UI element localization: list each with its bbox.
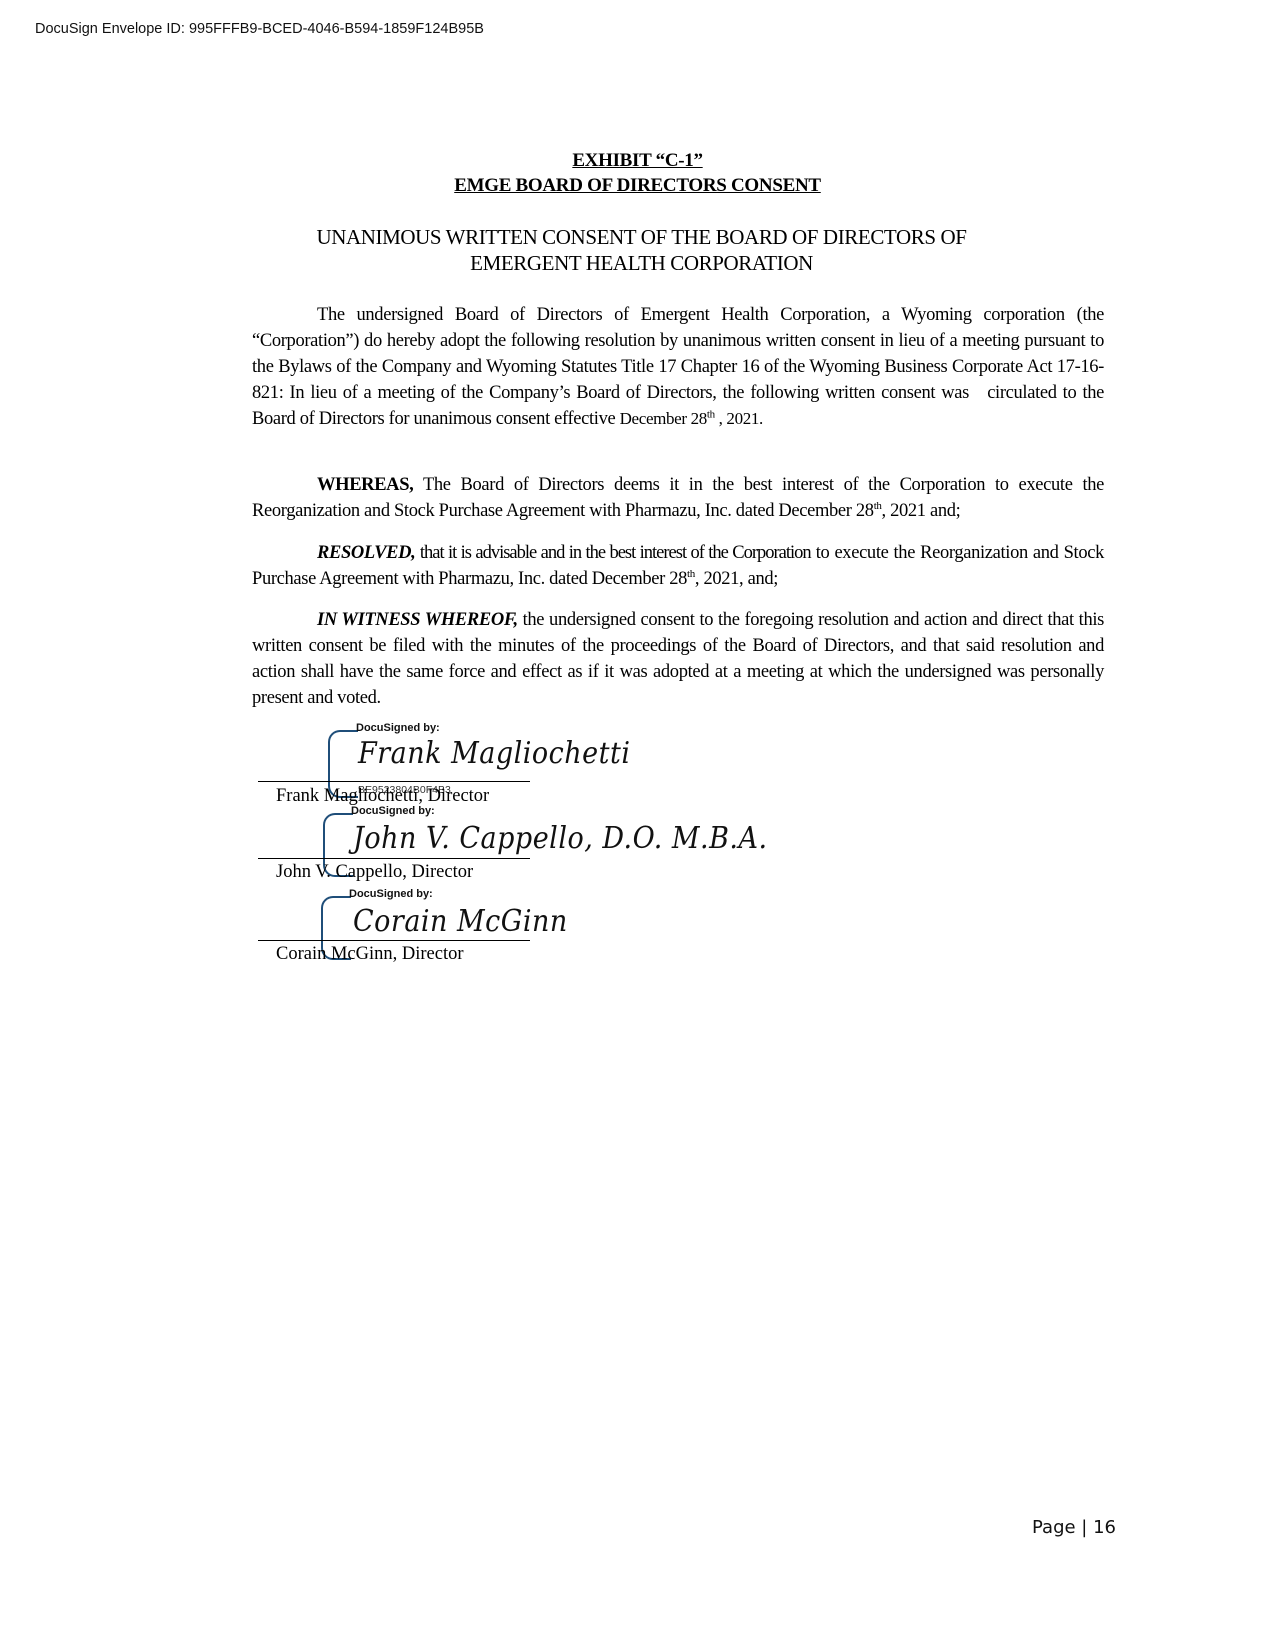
docusign-bracket-tick <box>341 813 349 815</box>
resolved-text-condensed: that it is advisable and in the best int… <box>415 543 810 563</box>
resolved-tail: , 2021, and; <box>695 569 778 589</box>
signature-line <box>258 858 530 859</box>
document-subtitle-line1: UNANIMOUS WRITTEN CONSENT OF THE BOARD O… <box>0 225 1275 250</box>
whereas-tail: , 2021 and; <box>882 501 961 521</box>
witness-lead: IN WITNESS WHEREOF, <box>317 610 518 630</box>
whereas-lead: WHEREAS, <box>317 475 413 495</box>
resolved-paragraph: RESOLVED, that it is advisable and in th… <box>252 540 1104 592</box>
docusigned-by-label: DocuSigned by: <box>349 888 433 900</box>
signature-block-2: DocuSigned by: John V. Cappello, D.O. M.… <box>258 805 538 895</box>
handwritten-signature: John V. Cappello, D.O. M.B.A. <box>353 821 768 855</box>
document-subtitle-line2: EMERGENT HEALTH CORPORATION <box>0 251 1275 276</box>
handwritten-signature: Frank Magliochetti <box>358 736 630 770</box>
signature-line <box>258 781 530 782</box>
intro-paragraph: The undersigned Board of Directors of Em… <box>252 302 1104 432</box>
whereas-paragraph: WHEREAS, The Board of Directors deems it… <box>252 472 1104 524</box>
docusign-envelope-id: DocuSign Envelope ID: 995FFFB9-BCED-4046… <box>35 21 484 37</box>
signature-block-1: DocuSigned by: Frank Magliochetti BE9523… <box>258 722 538 812</box>
intro-date-main: December 28 <box>620 409 707 428</box>
exhibit-title: EXHIBIT “C-1” <box>0 150 1275 172</box>
docusign-bracket-tick <box>346 730 354 732</box>
resolved-sup: th <box>687 568 695 580</box>
printed-signer-name: Frank Magliochetti, Director <box>276 786 489 807</box>
handwritten-signature: Corain McGinn <box>353 904 568 938</box>
docusigned-by-label: DocuSigned by: <box>351 805 435 817</box>
printed-signer-name: John V. Cappello, Director <box>276 862 473 883</box>
page-number: Page | 16 <box>1032 1517 1116 1538</box>
printed-signer-name: Corain McGinn, Director <box>276 944 464 965</box>
resolved-lead: RESOLVED, <box>317 543 415 563</box>
intro-date-tail: , 2021. <box>715 409 763 428</box>
signature-line <box>258 940 530 941</box>
consent-title: EMGE BOARD OF DIRECTORS CONSENT <box>0 175 1275 197</box>
intro-date-sup: th <box>707 408 715 420</box>
intro-date: December 28th , 2021. <box>620 409 763 428</box>
whereas-sup: th <box>874 500 882 512</box>
docusigned-by-label: DocuSigned by: <box>356 722 440 734</box>
witness-paragraph: IN WITNESS WHEREOF, the undersigned cons… <box>252 607 1104 711</box>
docusign-bracket-tick <box>339 896 347 898</box>
signature-block-3: DocuSigned by: Corain McGinn Corain McGi… <box>258 888 538 978</box>
